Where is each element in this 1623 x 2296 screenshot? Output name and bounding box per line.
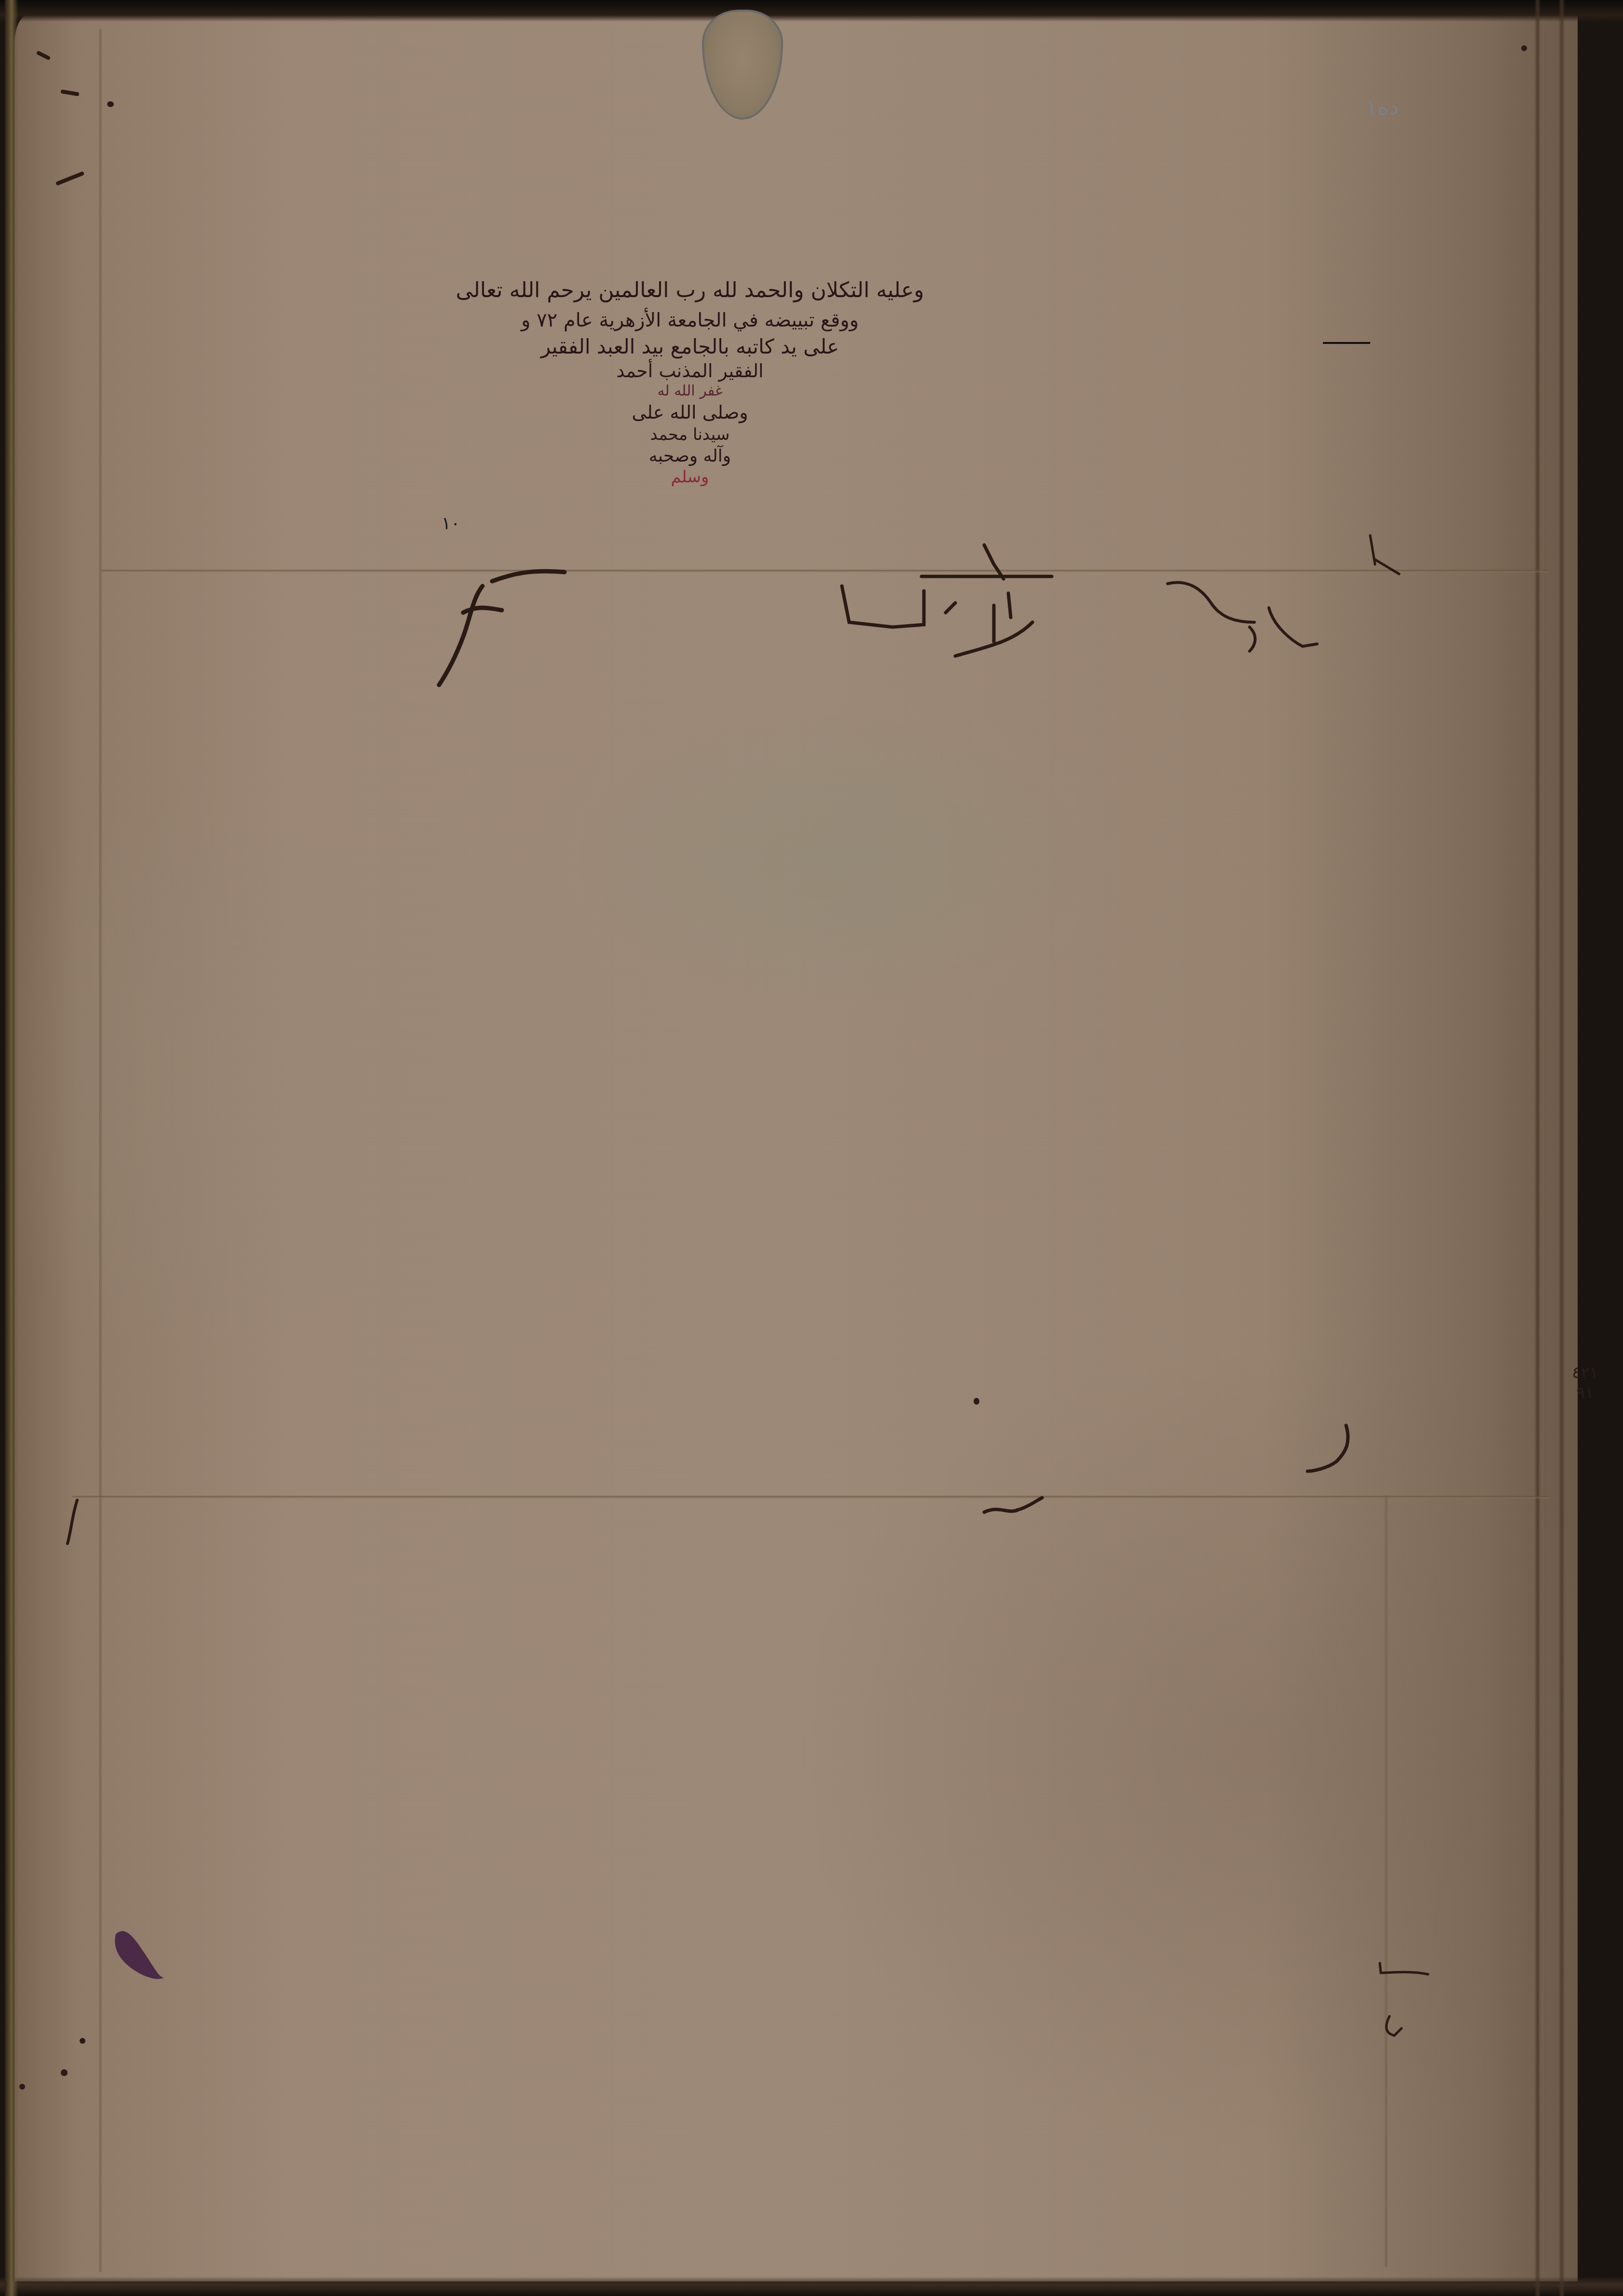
ink-strokes-overlay [0, 0, 1623, 2296]
ink-dot [1521, 45, 1527, 51]
ink-dot [107, 101, 114, 107]
ink-dot [80, 2038, 85, 2044]
ink-dot [19, 2084, 25, 2090]
ink-dot [61, 2069, 68, 2076]
ink-dot [974, 1398, 979, 1405]
